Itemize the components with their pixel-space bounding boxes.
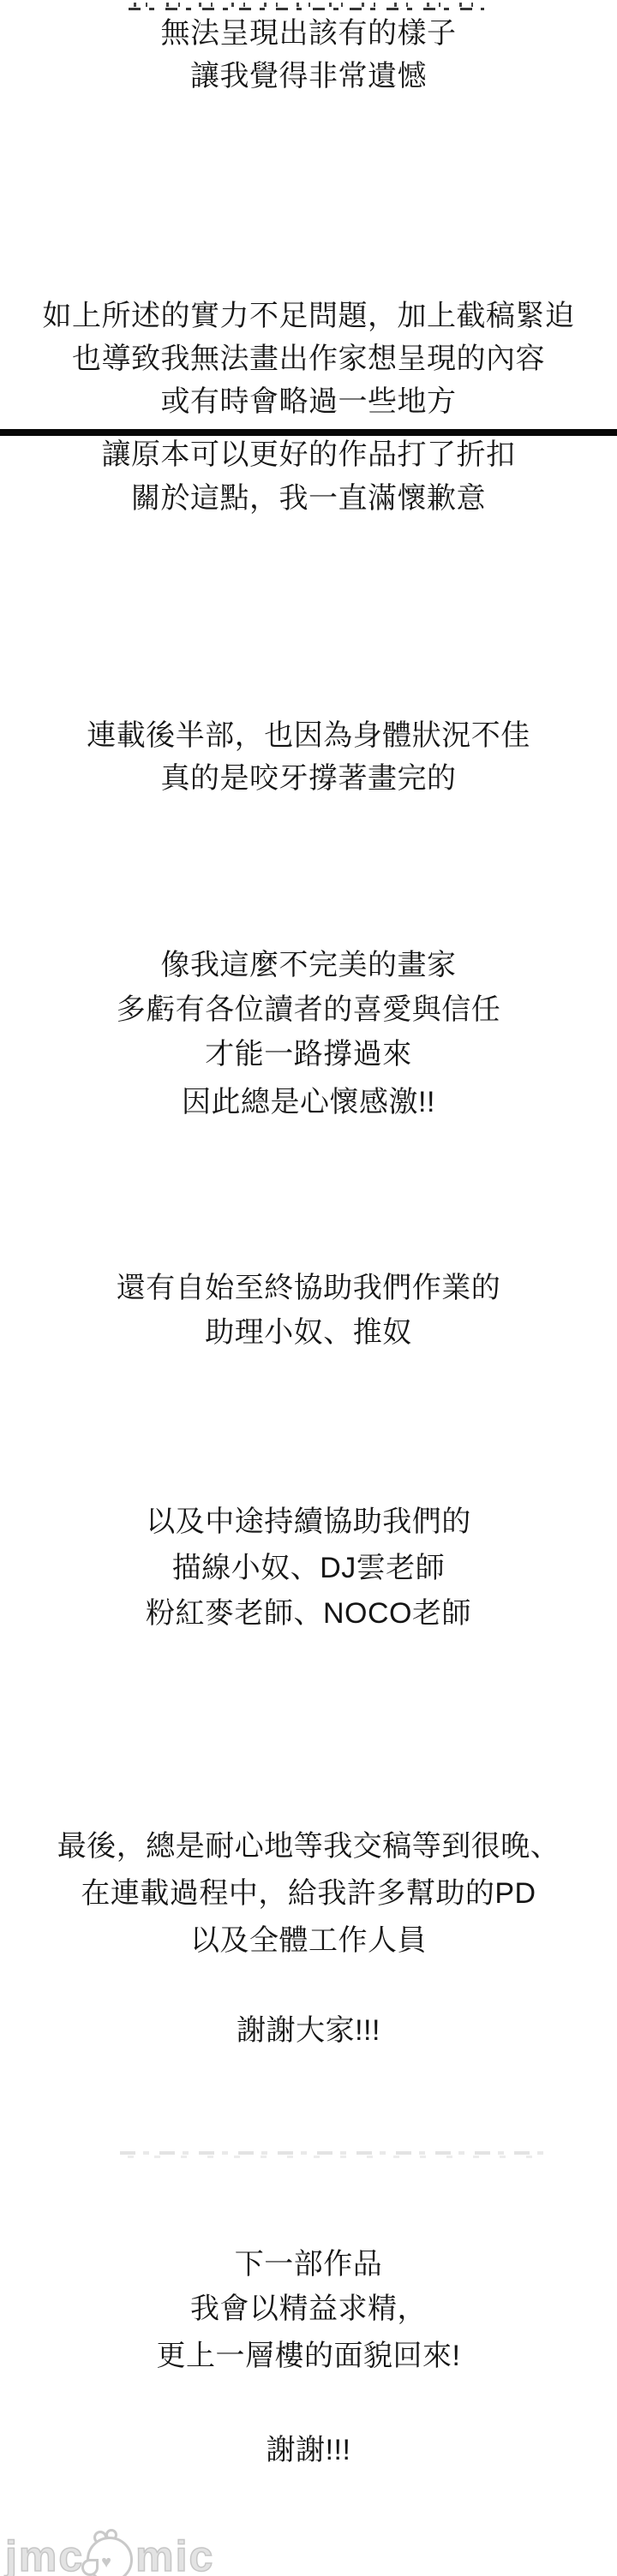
credits-line: 因此總是心懷感激!! (0, 1084, 617, 1121)
credits-line: 讓我覺得非常遺憾 (0, 58, 617, 95)
comic-afterword-page: 無法呈現出該有的樣子 讓我覺得非常遺憾 如上所述的實力不足問題，加上截稿緊迫 也… (0, 0, 617, 2576)
cropped-text-fragments (129, 3, 484, 10)
divider-line (0, 429, 617, 436)
credits-line: 謝謝!!! (0, 2432, 617, 2469)
credits-line: 才能一路撐過來 (0, 1036, 617, 1073)
credits-line: 連載後半部，也因為身體狀況不佳 (0, 718, 617, 754)
credits-line: 還有自始至終協助我們作業的 (0, 1270, 617, 1307)
watermark-text-left: jmc (5, 2535, 84, 2576)
credits-line: 助理小奴、推奴 (0, 1315, 617, 1351)
chick-mascot-icon: ♥ (87, 2537, 133, 2576)
credits-line: 描線小奴、DJ雲老師 (0, 1550, 617, 1587)
credits-line: 或有時會略過一些地方 (0, 384, 617, 420)
credits-line: 以及全體工作人員 (0, 1923, 617, 1959)
watermark-text-right: mic (135, 2535, 214, 2576)
credits-line: 也導致我無法畫出作家想呈現的內容 (0, 341, 617, 378)
credits-line: 真的是咬牙撐著畫完的 (0, 760, 617, 797)
credits-line: 粉紅麥老師、NOCO老師 (0, 1595, 617, 1632)
credits-line: 我會以精益求精， (0, 2291, 617, 2328)
credits-line: 像我這麼不完美的畫家 (0, 947, 617, 984)
credits-line: 無法呈現出該有的樣子 (0, 15, 617, 52)
credits-line: 讓原本可以更好的作品打了折扣 (0, 437, 617, 474)
credits-line: 關於這點，我一直滿懷歉意 (0, 480, 617, 517)
credits-line: 下一部作品 (0, 2246, 617, 2283)
faded-text-remnant (120, 2148, 553, 2159)
credits-line: 多虧有各位讀者的喜愛與信任 (0, 992, 617, 1029)
credits-line: 在連載過程中，給我許多幫助的PD (0, 1875, 617, 1912)
credits-line: 以及中途持續協助我們的 (0, 1504, 617, 1541)
credits-line: 謝謝大家!!! (0, 2012, 617, 2049)
credits-line: 最後，總是耐心地等我交稿等到很晚、 (0, 1828, 617, 1865)
site-watermark: jmc ♥ mic (5, 2533, 214, 2576)
heart-icon: ♥ (101, 2554, 111, 2571)
credits-line: 更上一層樓的面貌回來! (0, 2338, 617, 2375)
credits-line: 如上所述的實力不足問題，加上截稿緊迫 (0, 298, 617, 335)
